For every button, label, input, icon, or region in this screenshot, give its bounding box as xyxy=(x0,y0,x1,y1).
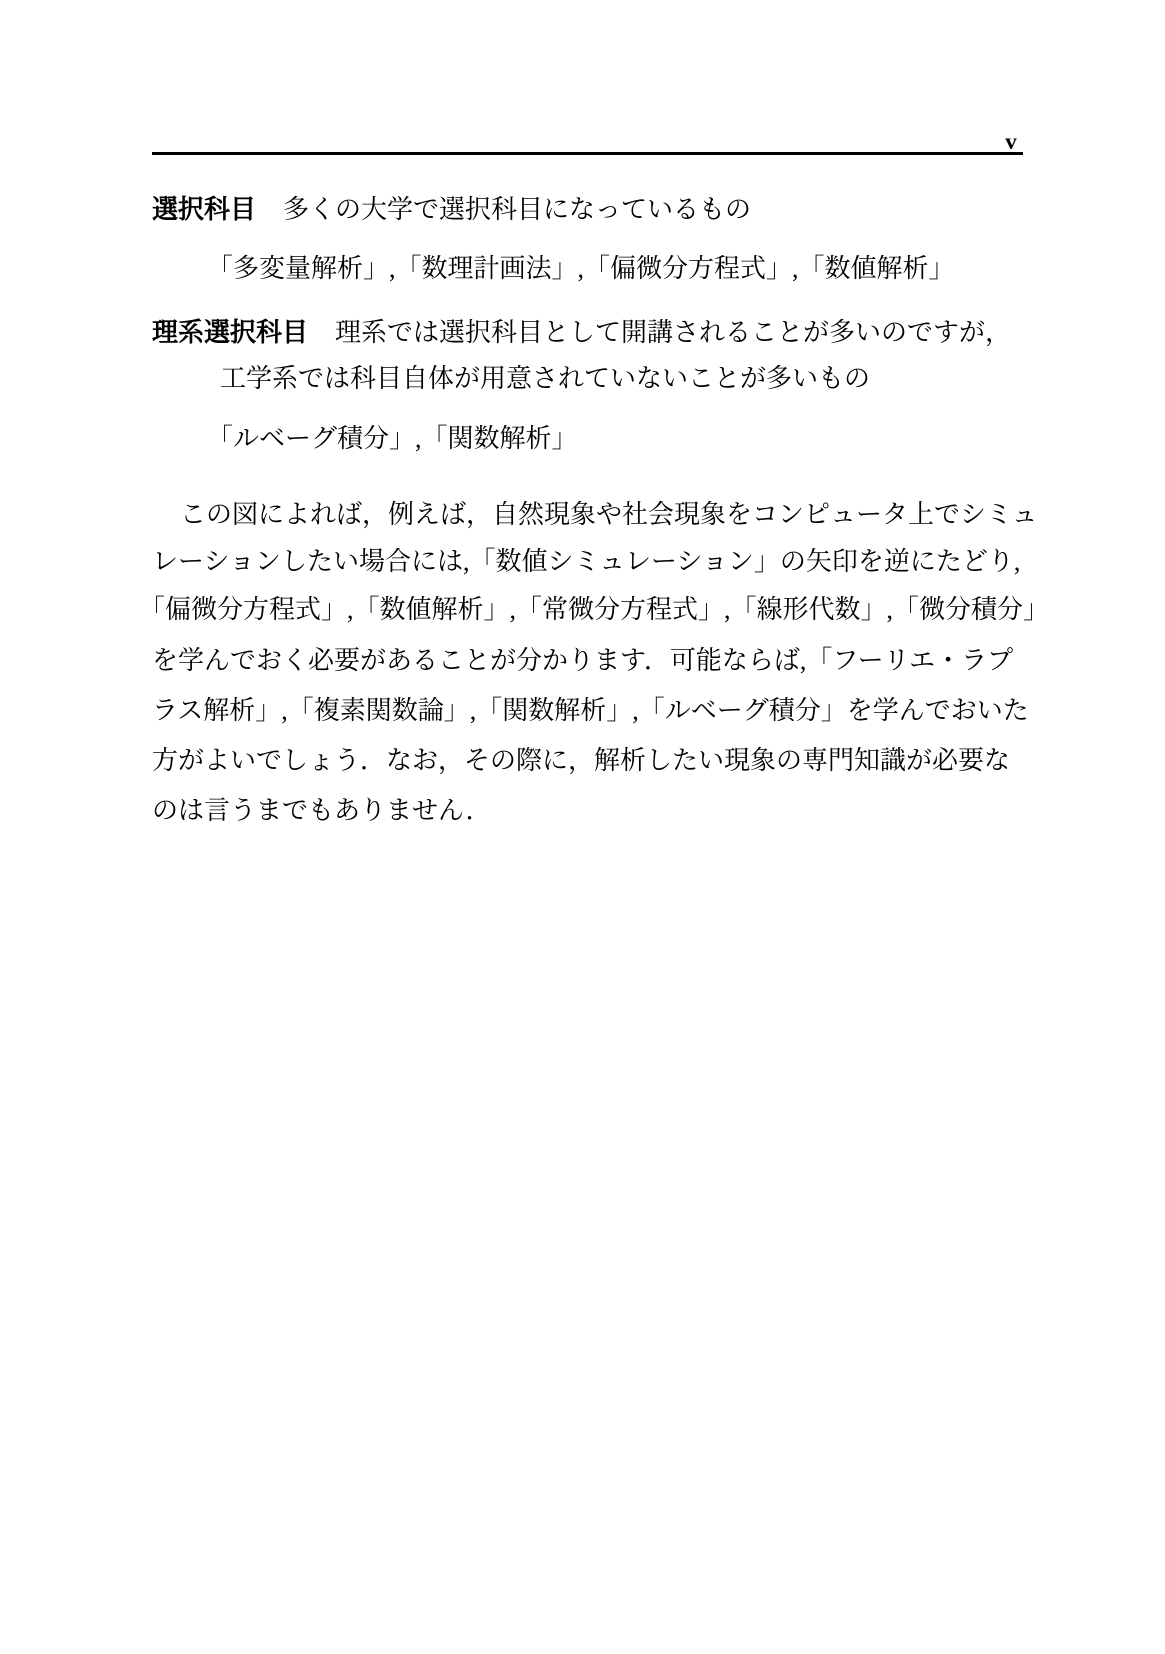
item-2-text: 理系では選択科目として開講されることが多いのですが， xyxy=(335,318,1011,347)
item-2-course-list: 「ルベーグ積分」,「関数解析」 xyxy=(207,426,578,452)
paragraph-line: 「偏微分方程式」,「数値解析」,「常微分方程式」,「線形代数」,「微分積分」 xyxy=(139,597,1049,623)
item-1-label: 選択科目 xyxy=(152,194,256,224)
page: v 選択科目多くの大学で選択科目になっているもの 「多変量解析」,「数理計画法」… xyxy=(0,0,1165,1654)
paragraph-line: を学んでおく必要があることが分かります．可能ならば,「フーリエ・ラプ xyxy=(152,648,1013,674)
item-2-text-line2: 工学系では科目自体が用意されていないことが多いもの xyxy=(220,366,870,392)
paragraph-line: レーションしたい場合には,「数値シミュレーション」の矢印を逆にたどり, xyxy=(152,549,1020,575)
page-number: v xyxy=(998,130,1024,153)
description-item-2: 理系選択科目理系では選択科目として開講されることが多いのですが， xyxy=(152,319,1011,346)
paragraph-line: のは言うまでもありません． xyxy=(152,798,492,824)
paragraph-line: この図によれば，例えば，自然現象や社会現象をコンピュータ上でシミュ xyxy=(152,502,1037,528)
item-1-text: 多くの大学で選択科目になっているもの xyxy=(283,195,751,224)
description-item-1: 選択科目多くの大学で選択科目になっているもの xyxy=(152,196,751,223)
item-1-course-list: 「多変量解析」,「数理計画法」,「偏微分方程式」,「数値解析」 xyxy=(207,256,955,282)
paragraph-line: 方がよいでしょう．なお，その際に，解析したい現象の専門知識が必要な xyxy=(152,748,1010,774)
paragraph-line: ラス解析」,「複素関数論」,「関数解析」,「ルベーグ積分」を学んでおいた xyxy=(152,698,1029,724)
item-2-label: 理系選択科目 xyxy=(152,317,308,347)
header-rule xyxy=(152,152,1023,155)
